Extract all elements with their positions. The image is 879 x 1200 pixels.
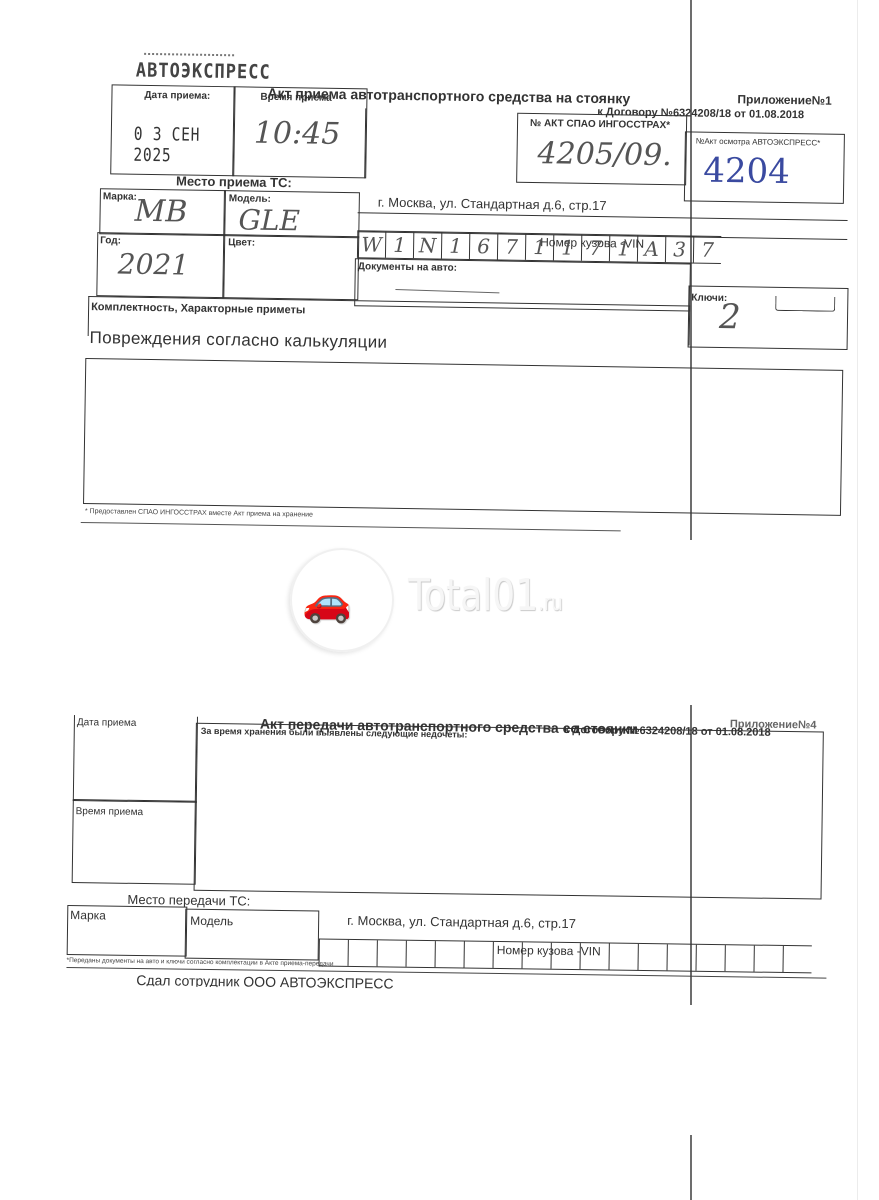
time-value: 10:45 — [254, 116, 341, 152]
intake-act-form: АВТОЭКСПРЕСС Приложение№1 к Договору №63… — [80, 60, 867, 552]
vin-char-box — [406, 941, 435, 967]
inspection-act-cell: №Акт осмотра АВТОЭКСПРЕСС* 4204 — [684, 131, 845, 204]
release-date-cell: Дата приема — [73, 715, 198, 803]
vin-char-box — [348, 940, 377, 966]
release-model-cell: Модель — [185, 909, 320, 961]
vin-char-box — [522, 942, 551, 968]
date-cell: Дата приема: 0 3 СЕН 2025 — [110, 84, 235, 176]
model-value: GLE — [238, 203, 300, 237]
release-make-label: Марка — [70, 908, 106, 922]
release-vin-boxes — [319, 938, 812, 973]
make-label: Марка: — [103, 191, 137, 203]
vin-char-box — [753, 946, 782, 972]
color-label: Цвет: — [228, 237, 255, 248]
defects-box: За время хранения были выявлены следующи… — [194, 723, 824, 900]
intake-footnote: * Предоставлен СПАО ИНГОССТРАХ вместе Ак… — [85, 508, 313, 519]
color-cell: Цвет: — [222, 234, 359, 300]
vin-char-box: N — [413, 232, 441, 258]
cut-off-line — [81, 522, 621, 531]
vin-char-box: 7 — [693, 237, 721, 263]
vin-char-box — [435, 941, 464, 967]
insurer-act-label: № АКТ СПАО ИНГОССТРАХ* — [530, 118, 670, 131]
vin-char-box: 7 — [581, 235, 609, 261]
make-cell: Марка: MB — [99, 188, 226, 236]
watermark: 🚗 Total01.ru — [290, 548, 610, 658]
documents-label: Документы на авто: — [358, 261, 457, 274]
vin-char-box — [608, 944, 637, 970]
vin-char-box: 1 — [385, 232, 413, 258]
vin-char-box — [666, 944, 695, 970]
car-icon: 🚗 — [302, 578, 352, 625]
time-label: Время приема — [260, 92, 331, 104]
features-label: Комплектность, Характорные приметы — [91, 301, 305, 316]
vin-char-box — [493, 942, 522, 968]
vin-char-box: 7 — [497, 233, 525, 259]
vin-char-box — [464, 942, 493, 968]
make-value: MB — [134, 194, 187, 230]
vin-char-box — [637, 944, 666, 970]
year-label: Год: — [100, 235, 121, 246]
release-make-cell: Марка — [67, 905, 188, 957]
vin-char-box: 1 — [441, 233, 469, 259]
release-model-label: Модель — [190, 914, 233, 929]
vin-char-box — [724, 945, 753, 971]
place-label: Место приема ТС: — [176, 173, 292, 190]
features-value: Повреждения согласно калькуляции — [89, 328, 387, 353]
vin-char-box — [695, 945, 724, 971]
vin-char-box — [782, 946, 811, 972]
year-value: 2021 — [118, 247, 190, 281]
release-time-cell: Время приема — [72, 799, 197, 885]
release-time-label: Время приема — [76, 806, 144, 818]
keys-value: 2 — [719, 297, 741, 337]
appendix-label: Приложение№1 — [737, 92, 832, 107]
vin-char-box: W — [357, 231, 385, 257]
vin-char-box: 3 — [665, 236, 693, 262]
keys-bracket — [775, 296, 835, 312]
vin-char-box — [580, 943, 609, 969]
vin-char-box — [377, 940, 406, 966]
time-cell: Время приема 10:45 — [232, 86, 367, 178]
documents-dash — [395, 289, 499, 293]
year-cell: Год: 2021 — [96, 232, 225, 298]
release-act-form: Приложение№4 к Договору №6324208/18 от 0… — [66, 715, 830, 1016]
vin-char-box: 6 — [469, 233, 497, 259]
handed-over-label: Сдал сотрудник ООО АВТОЭКСПРЕСС — [136, 972, 393, 990]
scan-fold-line — [690, 1135, 692, 1200]
date-stamp: 0 3 СЕН 2025 — [133, 124, 214, 167]
inspection-act-number: 4204 — [703, 151, 790, 192]
insurer-act-number: 4205/09. — [537, 136, 672, 173]
vin-char-box: 1 — [525, 234, 553, 260]
model-cell: Модель: GLE — [223, 190, 360, 238]
vin-char-box: 1 — [609, 235, 637, 261]
redacted-area — [364, 108, 515, 180]
release-date-label: Дата приема — [77, 717, 137, 729]
vin-char-box: A — [637, 236, 665, 262]
date-label: Дата приема: — [144, 90, 210, 102]
features-box — [83, 358, 843, 516]
inspection-act-label: №Акт осмотра АВТОЭКСПРЕСС* — [696, 137, 821, 148]
vin-char-box — [551, 943, 580, 969]
keys-cell: Ключи: 2 — [688, 285, 849, 350]
place-value: г. Москва, ул. Стандартная д.6, стр.17 — [378, 195, 607, 214]
release-place-value: г. Москва, ул. Стандартная д.6, стр.17 — [347, 913, 576, 931]
defects-label: За время хранения были выявлены следующи… — [201, 726, 468, 740]
vin-char-box: 1 — [553, 234, 581, 260]
insurer-act-cell: № АКТ СПАО ИНГОССТРАХ* 4205/09. — [516, 113, 687, 186]
company-logo: АВТОЭКСПРЕСС — [136, 59, 271, 84]
watermark-text: Total01.ru — [408, 570, 563, 621]
